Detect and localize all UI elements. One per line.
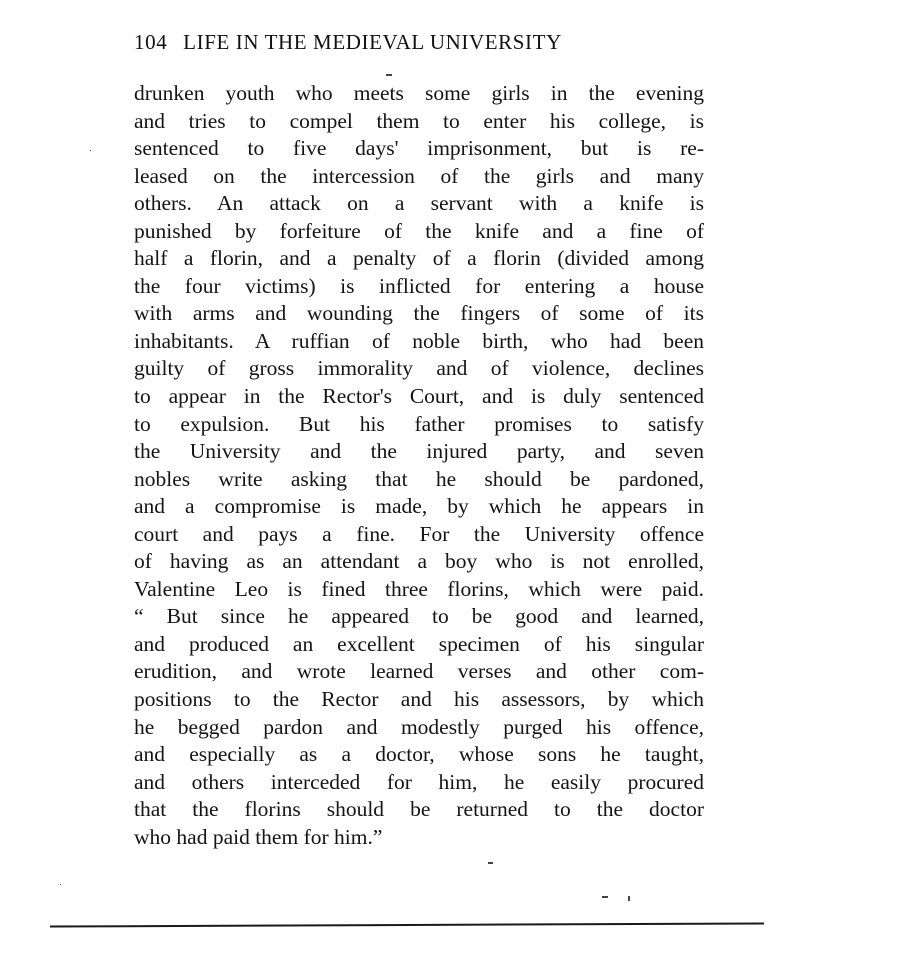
page-number: 104 [134, 30, 167, 54]
scan-speck [628, 896, 630, 901]
text-line: he begged pardon and modestly purged his… [134, 714, 704, 742]
text-line: and tries to compel them to enter his co… [134, 108, 704, 136]
text-line: court and pays a fine. For the Universit… [134, 521, 704, 549]
text-line: of having as an attendant a boy who is n… [134, 548, 704, 576]
text-line: nobles write asking that he should be pa… [134, 466, 704, 494]
text-line: to expulsion. But his father promises to… [134, 411, 704, 439]
text-line: and produced an excellent specimen of hi… [134, 631, 704, 659]
body-paragraph: drunken youth who meets some girls in th… [134, 80, 704, 851]
text-line: punished by forfeiture of the knife and … [134, 218, 704, 246]
text-line: that the florins should be returned to t… [134, 796, 704, 824]
text-line: inhabitants. A ruffian of noble birth, w… [134, 328, 704, 356]
text-line: with arms and wounding the fingers of so… [134, 300, 704, 328]
book-page: 104 LIFE IN THE MEDIEVAL UNIVERSITY drun… [0, 0, 900, 956]
text-line: leased on the intercession of the girls … [134, 163, 704, 191]
text-line: guilty of gross immorality and of violen… [134, 355, 704, 383]
text-line: the University and the injured party, an… [134, 438, 704, 466]
scan-speck [488, 862, 493, 864]
text-line: half a florin, and a penalty of a florin… [134, 245, 704, 273]
text-line: “ But since he appeared to be good and l… [134, 603, 704, 631]
text-line: to appear in the Rector's Court, and is … [134, 383, 704, 411]
scan-speck [90, 150, 91, 151]
text-line: erudition, and wrote learned verses and … [134, 658, 704, 686]
text-line: sentenced to five days' imprisonment, bu… [134, 135, 704, 163]
text-line: the four victims) is inflicted for enter… [134, 273, 704, 301]
text-line: and a compromise is made, by which he ap… [134, 493, 704, 521]
text-line: Valentine Leo is fined three florins, wh… [134, 576, 704, 604]
scan-speck [386, 74, 392, 76]
page-bottom-rule [50, 922, 764, 927]
text-line: drunken youth who meets some girls in th… [134, 80, 704, 108]
running-head: 104 LIFE IN THE MEDIEVAL UNIVERSITY [134, 30, 694, 55]
text-line: and especially as a doctor, whose sons h… [134, 741, 704, 769]
text-line: who had paid them for him.” [134, 824, 704, 852]
scan-speck [60, 884, 61, 885]
scan-speck [602, 896, 608, 898]
text-line: positions to the Rector and his assessor… [134, 686, 704, 714]
running-title: LIFE IN THE MEDIEVAL UNIVERSITY [183, 30, 562, 54]
text-line: and others interceded for him, he easily… [134, 769, 704, 797]
text-line: others. An attack on a servant with a kn… [134, 190, 704, 218]
